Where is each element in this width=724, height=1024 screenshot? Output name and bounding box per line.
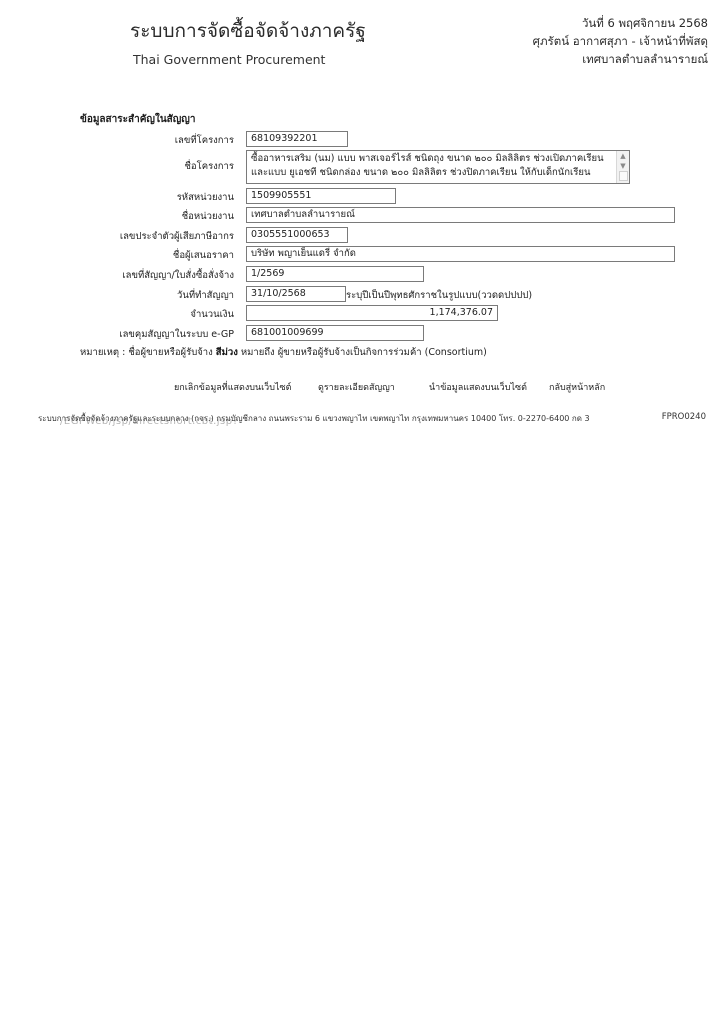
page-code: FPRO0240 xyxy=(662,412,706,422)
header-organization: เทศบาลตำบลลำนารายณ์ xyxy=(533,50,708,68)
amount-label: จำนวนเงิน xyxy=(190,307,234,322)
project-no-label: เลขที่โครงการ xyxy=(175,133,234,148)
system-title-thai: ระบบการจัดซื้อจัดจ้างภาครัฐ xyxy=(130,16,366,46)
contract-no-label: เลขที่สัญญา/ใบสั่งซื้อสั่งจ้าง xyxy=(122,268,234,283)
header-date: วันที่ 6 พฤศจิกายน 2568 xyxy=(533,14,708,32)
tax-id-label: เลขประจำตัวผู้เสียภาษีอากร xyxy=(120,229,234,244)
section-title: ข้อมูลสาระสำคัญในสัญญา xyxy=(80,112,195,127)
tax-id-field[interactable]: 0305551000653 xyxy=(246,227,348,243)
scroll-up-arrow-icon[interactable]: ▲ xyxy=(617,151,629,161)
project-name-textarea[interactable]: ซื้ออาหารเสริม (นม) แบบ พาสเจอร์ไรส์ ชนิ… xyxy=(246,150,630,184)
publish-to-website-link[interactable]: นำข้อมูลแสดงบนเว็บไซต์ xyxy=(429,380,527,394)
egp-contract-no-field[interactable]: 681001009699 xyxy=(246,325,424,341)
back-to-home-link[interactable]: กลับสู่หน้าหลัก xyxy=(549,380,605,394)
amount-field[interactable]: 1,174,376.07 xyxy=(246,305,498,321)
agency-code-label: รหัสหน่วยงาน xyxy=(177,190,234,205)
project-name-scrollbar[interactable]: ▲ ▼ xyxy=(616,151,629,183)
contract-date-label: วันที่ทำสัญญา xyxy=(177,288,234,303)
note-suffix: หมายถึง ผู้ขายหรือผู้รับจ้างเป็นกิจการร่… xyxy=(238,347,487,358)
scroll-thumb[interactable] xyxy=(619,171,628,181)
project-no-field[interactable]: 68109392201 xyxy=(246,131,348,147)
view-contract-details-link[interactable]: ดูรายละเอียดสัญญา xyxy=(318,380,395,394)
agency-code-field[interactable]: 1509905551 xyxy=(246,188,396,204)
system-title-english: Thai Government Procurement xyxy=(133,52,325,67)
egp-contract-no-label: เลขคุมสัญญาในระบบ e-GP xyxy=(119,327,234,342)
contract-date-hint: ระบุปีเป็นปีพุทธศักราชในรูปแบบ(ววดดปปปป) xyxy=(346,288,532,303)
note-prefix: หมายเหตุ : ชื่อผู้ขายหรือผู้รับจ้าง xyxy=(80,347,216,358)
project-name-label: ชื่อโครงการ xyxy=(184,159,234,174)
contract-date-field[interactable]: 31/10/2568 xyxy=(246,286,346,302)
cancel-publish-link[interactable]: ยกเลิกข้อมูลที่แสดงบนเว็บไซต์ xyxy=(174,380,291,394)
agency-name-field[interactable]: เทศบาลตำบลลำนารายณ์ xyxy=(246,207,675,223)
header-user: ศุภรัตน์ อากาศสุภา - เจ้าหน้าที่พัสดุ xyxy=(533,32,708,50)
agency-name-label: ชื่อหน่วยงาน xyxy=(182,209,234,224)
project-name-line-2: และแบบ ยูเอชที ชนิดกล่อง ขนาด ๒๐๐ มิลลิล… xyxy=(251,166,613,180)
note-highlight: สีม่วง xyxy=(216,347,238,358)
header-info: วันที่ 6 พฤศจิกายน 2568 ศุภรัตน์ อากาศสุ… xyxy=(533,14,708,68)
contract-no-field[interactable]: 1/2569 xyxy=(246,266,424,282)
scroll-down-arrow-icon[interactable]: ▼ xyxy=(617,161,629,171)
project-name-line-1: ซื้ออาหารเสริม (นม) แบบ พาสเจอร์ไรส์ ชนิ… xyxy=(251,152,613,166)
consortium-note: หมายเหตุ : ชื่อผู้ขายหรือผู้รับจ้าง สีม่… xyxy=(80,345,487,360)
bidder-name-field[interactable]: บริษัท พญาเย็นแดรี่ จำกัด xyxy=(246,246,675,262)
bidder-name-label: ชื่อผู้เสนอราคา xyxy=(173,248,234,263)
footer-url-overlay: /EGPWeb/jsp/directshort.cbt.jsp? xyxy=(60,416,238,427)
